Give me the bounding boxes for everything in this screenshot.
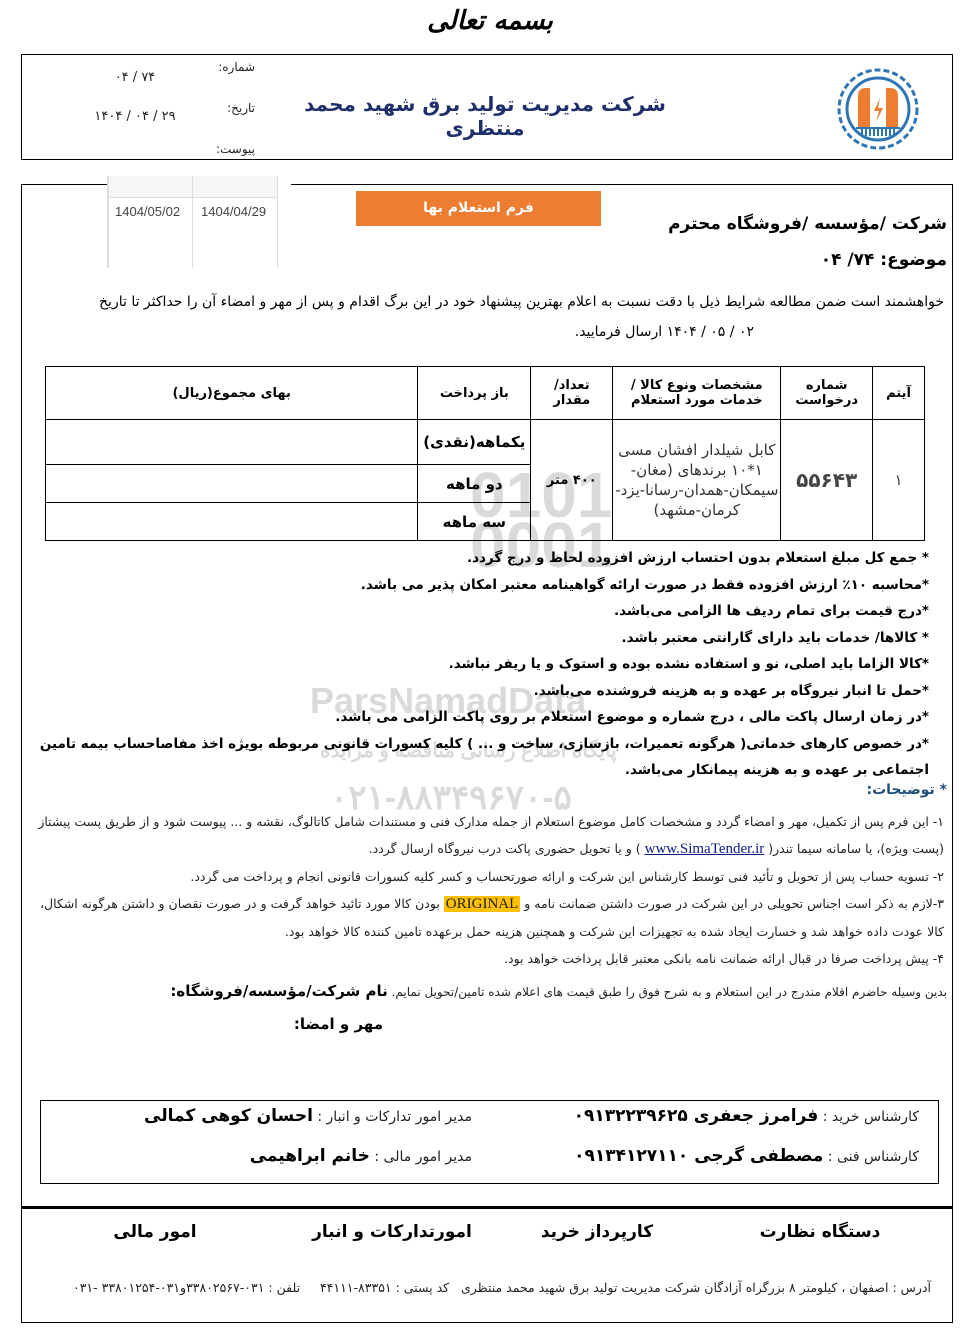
condition-item: *کالا الزاما باید اصلی، نو و استفاده نشد… bbox=[24, 651, 929, 678]
signature-supervision: دستگاه نظارت bbox=[720, 1222, 920, 1242]
cell-total-1[interactable] bbox=[46, 420, 418, 465]
address-text: آدرس : اصفهان ، کیلومتر ۸ بزرگراه آزادگا… bbox=[461, 1280, 931, 1295]
simatender-link[interactable]: www.SimaTender.ir bbox=[645, 841, 765, 857]
note-4: ۴- پیش پرداخت صرفا در قبال ارائه ضمانت ن… bbox=[24, 945, 944, 972]
attachment-label: پیوست: bbox=[195, 142, 255, 156]
conditions-list: * جمع کل مبلغ استعلام بدون احتساب ارزش ا… bbox=[24, 545, 929, 784]
cell-quantity: ۴۰۰ متر bbox=[531, 420, 613, 541]
notes-title: * توضیحات: bbox=[867, 782, 948, 798]
purchase-expert: کارشناس خرید : فرامرز جعفری ۰۹۱۳۲۲۳۹۶۲۵ bbox=[574, 1106, 919, 1126]
col-total-price: بهای مجموع(ریال) bbox=[46, 367, 418, 420]
stamp-signature-label: مهر و امضا: bbox=[294, 1015, 383, 1033]
signature-purchase-agent: کارپرداز خرید bbox=[497, 1222, 697, 1242]
cell-item: ۱ bbox=[873, 420, 925, 541]
condition-item: *محاسبه ۱۰٪ ارزش افزوده فقط در صورت ارائ… bbox=[24, 572, 929, 599]
company-name-label: نام شرکت/مؤسسه/فروشگاه: bbox=[170, 982, 387, 1000]
postal-code: کد پستی : ۸۳۳۵۱-۴۴۱۱۱ bbox=[320, 1280, 449, 1295]
col-payment: باز پرداخت bbox=[418, 367, 531, 420]
addressee: شرکت /مؤسسه /فروشگاه محترم bbox=[668, 214, 947, 234]
number-value: ۰۴ / ۷۴ bbox=[75, 70, 195, 85]
received-stamp: 1404/05/02 1404/04/29 bbox=[107, 176, 291, 268]
cell-payment-2: دو ماهه bbox=[418, 465, 531, 503]
intro-line-2: ۰۲ / ۰۵ / ۱۴۰۴ ارسال فرمایید. bbox=[24, 317, 944, 347]
stamp-divider bbox=[192, 176, 278, 268]
condition-item: *در خصوص کارهای خدماتی( هرگونه تعمیرات، … bbox=[24, 731, 929, 784]
col-request-no: شماره درخواست bbox=[781, 367, 873, 420]
condition-item: *در زمان ارسال پاکت مالی ، درج شماره و م… bbox=[24, 704, 929, 731]
cell-payment-3: سه ماهه bbox=[418, 503, 531, 541]
intro-line-1: خواهشمند است ضمن مطالعه شرایط ذیل با دقت… bbox=[24, 287, 944, 317]
cell-payment-1: یکماهه(نقدی) bbox=[418, 420, 531, 465]
condition-item: *درج قیمت برای تمام ردیف ها الزامی می‌با… bbox=[24, 598, 929, 625]
cell-total-3[interactable] bbox=[46, 503, 418, 541]
procurement-manager: مدیر امور تدارکات و انبار : احسان کوهی ک… bbox=[144, 1106, 472, 1126]
footer-address: آدرس : اصفهان ، کیلومتر ۸ بزرگراه آزادگا… bbox=[73, 1280, 931, 1295]
intro-paragraph: خواهشمند است ضمن مطالعه شرایط ذیل با دقت… bbox=[24, 287, 944, 347]
date-label: تاریخ: bbox=[195, 101, 255, 115]
company-title: شرکت مدیریت تولید برق شهید محمد منتظری bbox=[300, 92, 670, 140]
notes-list: ۱- این فرم پس از تکمیل، مهر و امضاء گردد… bbox=[24, 808, 944, 972]
stamp-date-deadline: 1404/05/02 bbox=[115, 204, 180, 219]
number-label: شماره: bbox=[195, 60, 255, 74]
table-header-row: آیتم شماره درخواست مشخصات ونوع کالا / خد… bbox=[46, 367, 925, 420]
subject: موضوع: ۷۴/ ۰۴ bbox=[821, 250, 947, 270]
declaration: بدین وسیله حاضرم اقلام مندرج در این استع… bbox=[170, 982, 947, 1000]
signature-finance: امور مالی bbox=[55, 1222, 255, 1242]
technical-expert: کارشناس فنی : مصطفی گرجی ۰۹۱۳۴۱۲۷۱۱۰ bbox=[574, 1146, 919, 1166]
note-3: ۳-لازم به ذکر است اجناس تحویلی در این شر… bbox=[24, 890, 944, 945]
col-item: آیتم bbox=[873, 367, 925, 420]
note-2: ۲- تسویه حساب پس از تحویل و تأئید فنی تو… bbox=[24, 863, 944, 890]
cell-description: کابل شیلدار افشان مسی ۱*۱۰ برندهای (مغان… bbox=[613, 420, 781, 541]
original-highlight: ORIGINAL bbox=[444, 896, 521, 912]
date-value: ۱۴۰۴ / ۰۴ / ۲۹ bbox=[75, 109, 195, 124]
signature-procurement: امورتدارکات و انبار bbox=[292, 1222, 492, 1242]
finance-manager: مدیر امور مالی : خانم ابراهیمی bbox=[250, 1146, 472, 1166]
items-table: آیتم شماره درخواست مشخصات ونوع کالا / خد… bbox=[45, 366, 925, 541]
condition-item: *حمل تا انبار نیروگاه بر عهده و به هزینه… bbox=[24, 678, 929, 705]
form-title-badge: فرم استعلام بها bbox=[356, 191, 601, 226]
phone-numbers: تلفن : ۰۳۱-۳۳۸۰۲۵۶۷و۰۳۱-۳۳۸۰۱۲۵۴ -۰۳۱ bbox=[73, 1280, 300, 1295]
table-row: ۱ ۵۵۶۴۳ کابل شیلدار افشان مسی ۱*۱۰ برنده… bbox=[46, 420, 925, 465]
cell-total-2[interactable] bbox=[46, 465, 418, 503]
declaration-text: بدین وسیله حاضرم اقلام مندرج در این استع… bbox=[392, 985, 947, 999]
condition-item: * کالاها/ خدمات باید دارای گارانتی معتبر… bbox=[24, 625, 929, 652]
cell-request-no: ۵۵۶۴۳ bbox=[781, 420, 873, 541]
company-logo-icon bbox=[836, 62, 920, 156]
col-quantity: تعداد/ مقدار bbox=[531, 367, 613, 420]
note-1: ۱- این فرم پس از تکمیل، مهر و امضاء گردد… bbox=[24, 808, 944, 863]
stamp-divider bbox=[107, 176, 193, 268]
stamp-date-issue: 1404/04/29 bbox=[201, 204, 266, 219]
invocation: بسمه تعالی bbox=[400, 6, 580, 36]
condition-item: * جمع کل مبلغ استعلام بدون احتساب ارزش ا… bbox=[24, 545, 929, 572]
col-description: مشخصات ونوع کالا / خدمات مورد استعلام bbox=[613, 367, 781, 420]
